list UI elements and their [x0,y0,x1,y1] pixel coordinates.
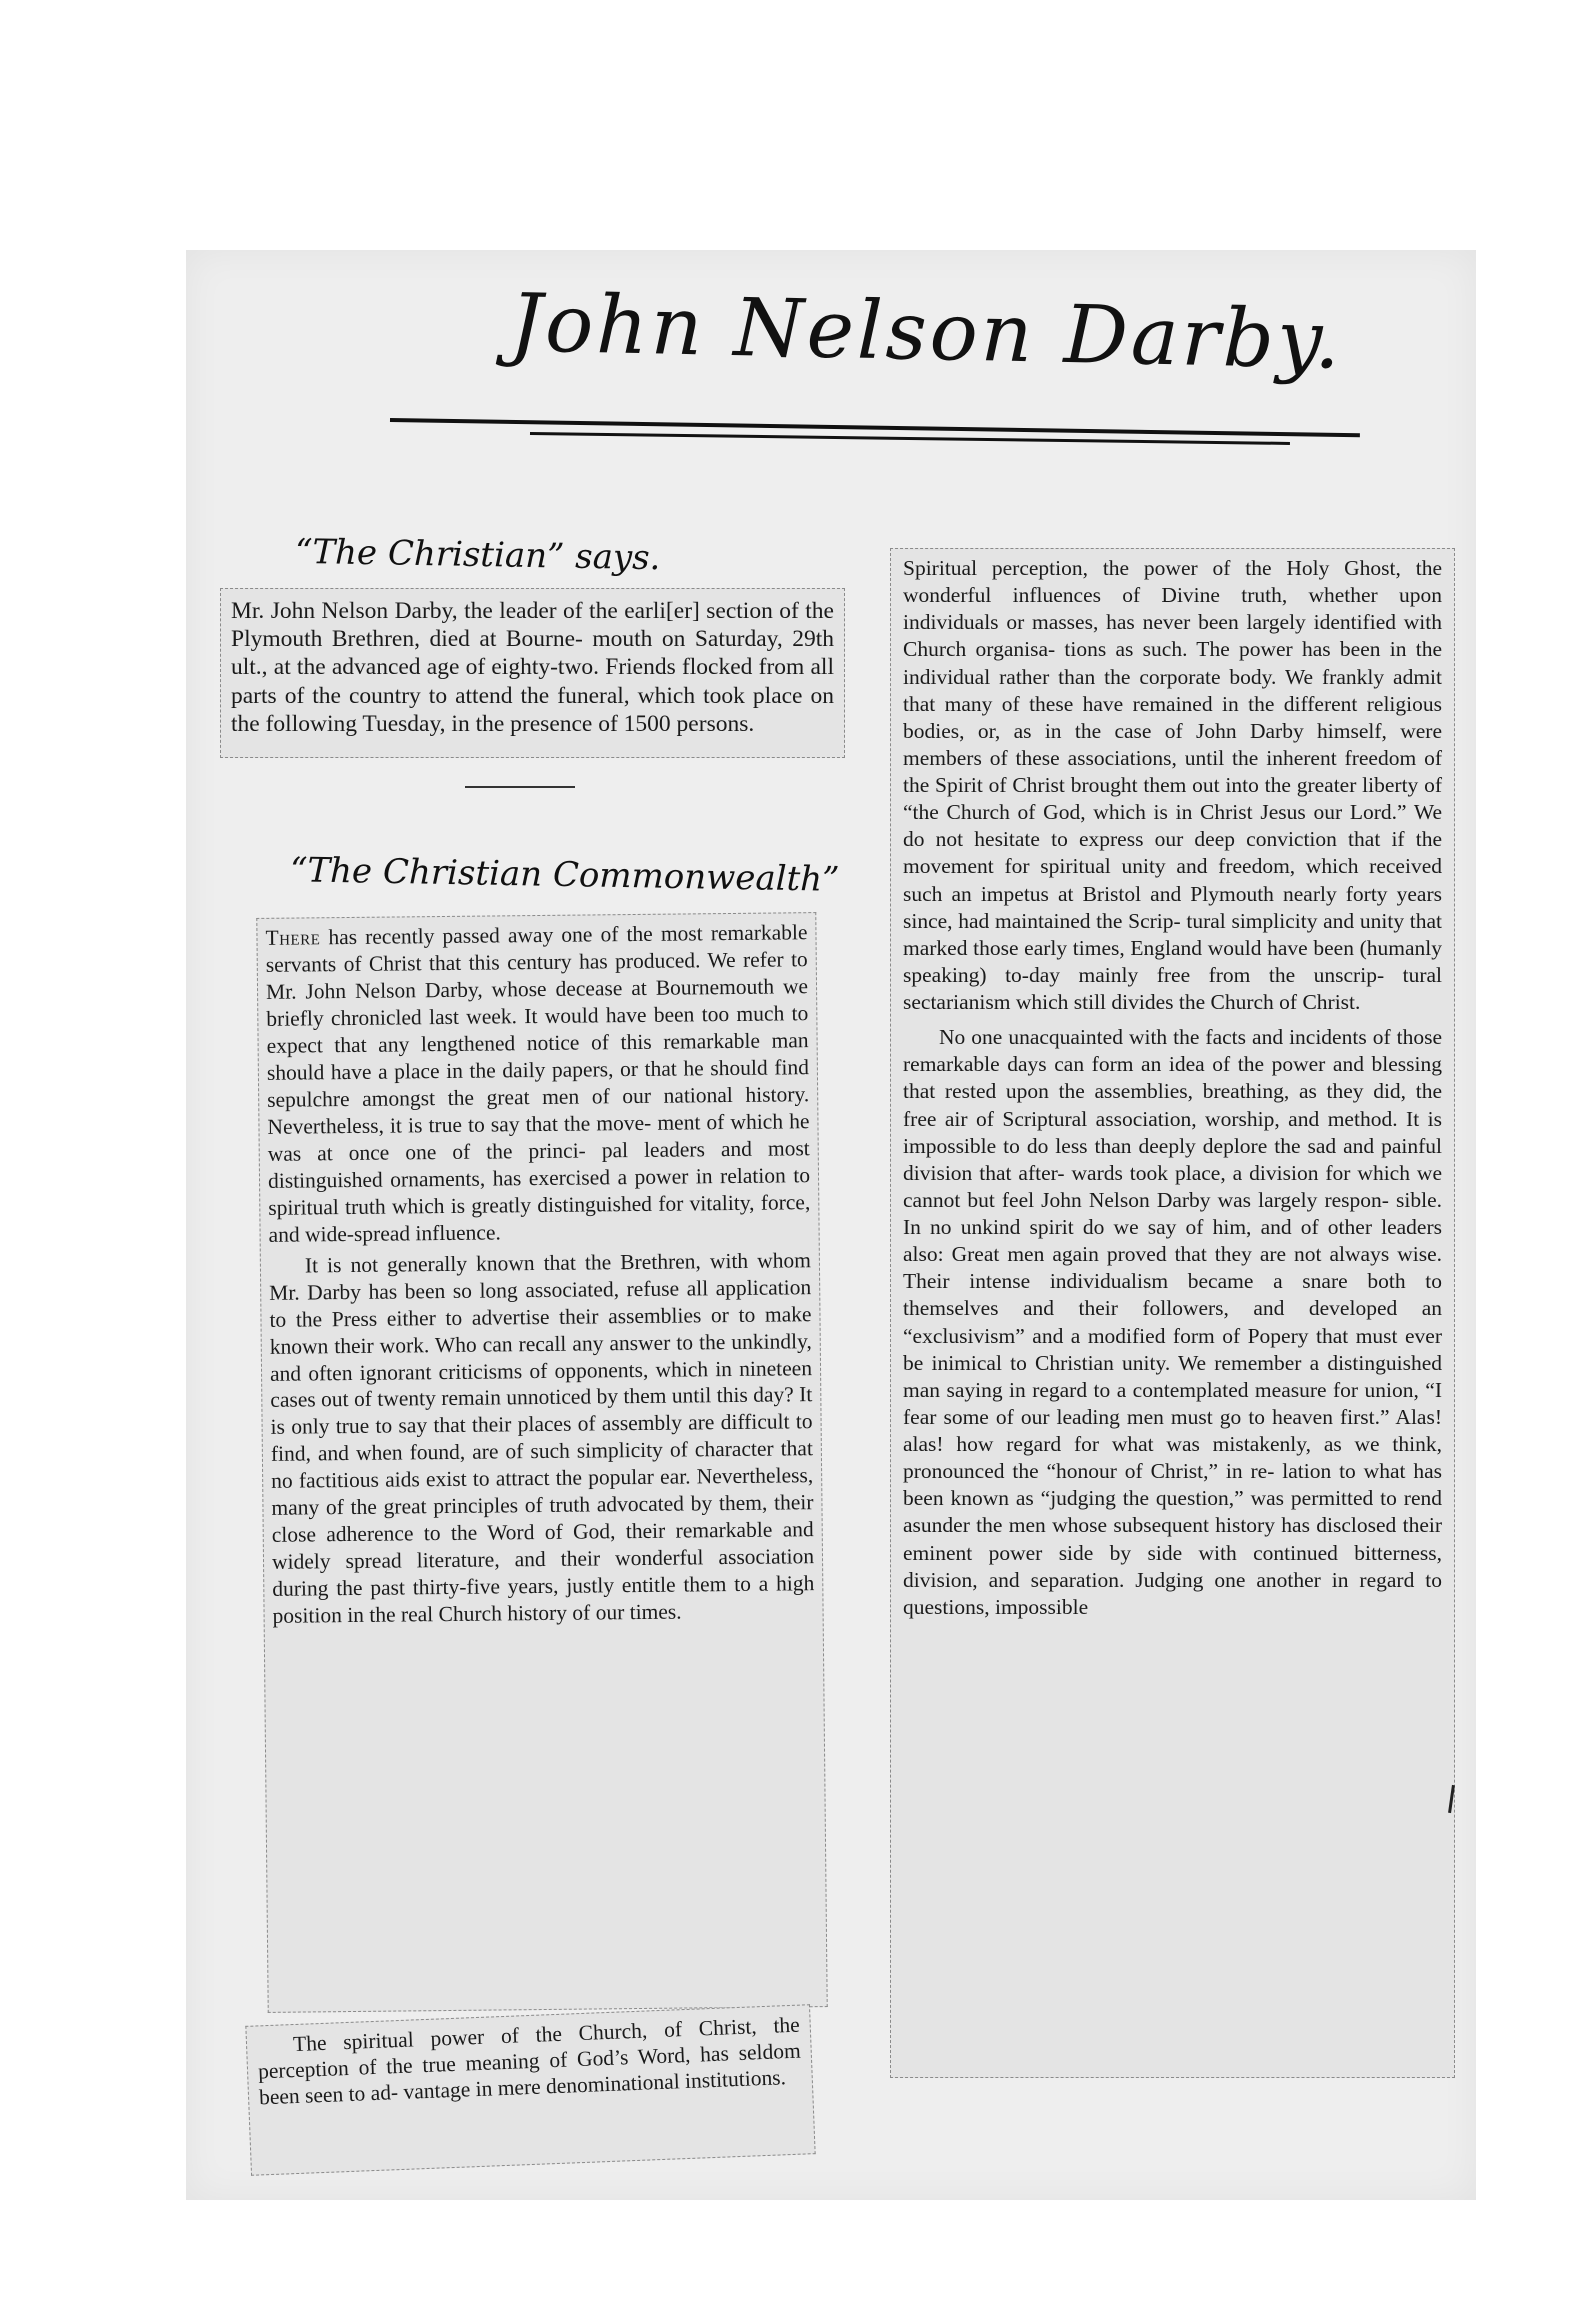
clipping-christian-commonwealth-continued: The spiritual power of the Church, of Ch… [245,2004,815,2176]
lead-word: There [265,925,320,950]
source-label-the-christian: “The Christian” says. [295,532,661,578]
handwritten-title: John Nelson Darby. [509,276,1344,386]
clipping-paragraph: It is not generally known that the Breth… [269,1247,815,1630]
clipping-paragraph: The spiritual power of the Church, of Ch… [257,2012,803,2111]
paragraph-text: has recently passed away one of the most… [266,920,811,1246]
clipping-paragraph: No one unacquainted with the facts and i… [903,1024,1442,1621]
clipping-right-column: Spiritual perception, the power of the H… [890,548,1455,2078]
clipping-christian-commonwealth: There has recently passed away one of th… [256,912,827,2013]
clipping-the-christian: Mr. John Nelson Darby, the leader of the… [220,588,845,758]
separator-rule [465,786,575,788]
clipping-paragraph: There has recently passed away one of th… [265,919,810,1248]
clipping-paragraph: Spiritual perception, the power of the H… [903,555,1442,1016]
clipping-paragraph: Mr. John Nelson Darby, the leader of the… [231,597,834,738]
